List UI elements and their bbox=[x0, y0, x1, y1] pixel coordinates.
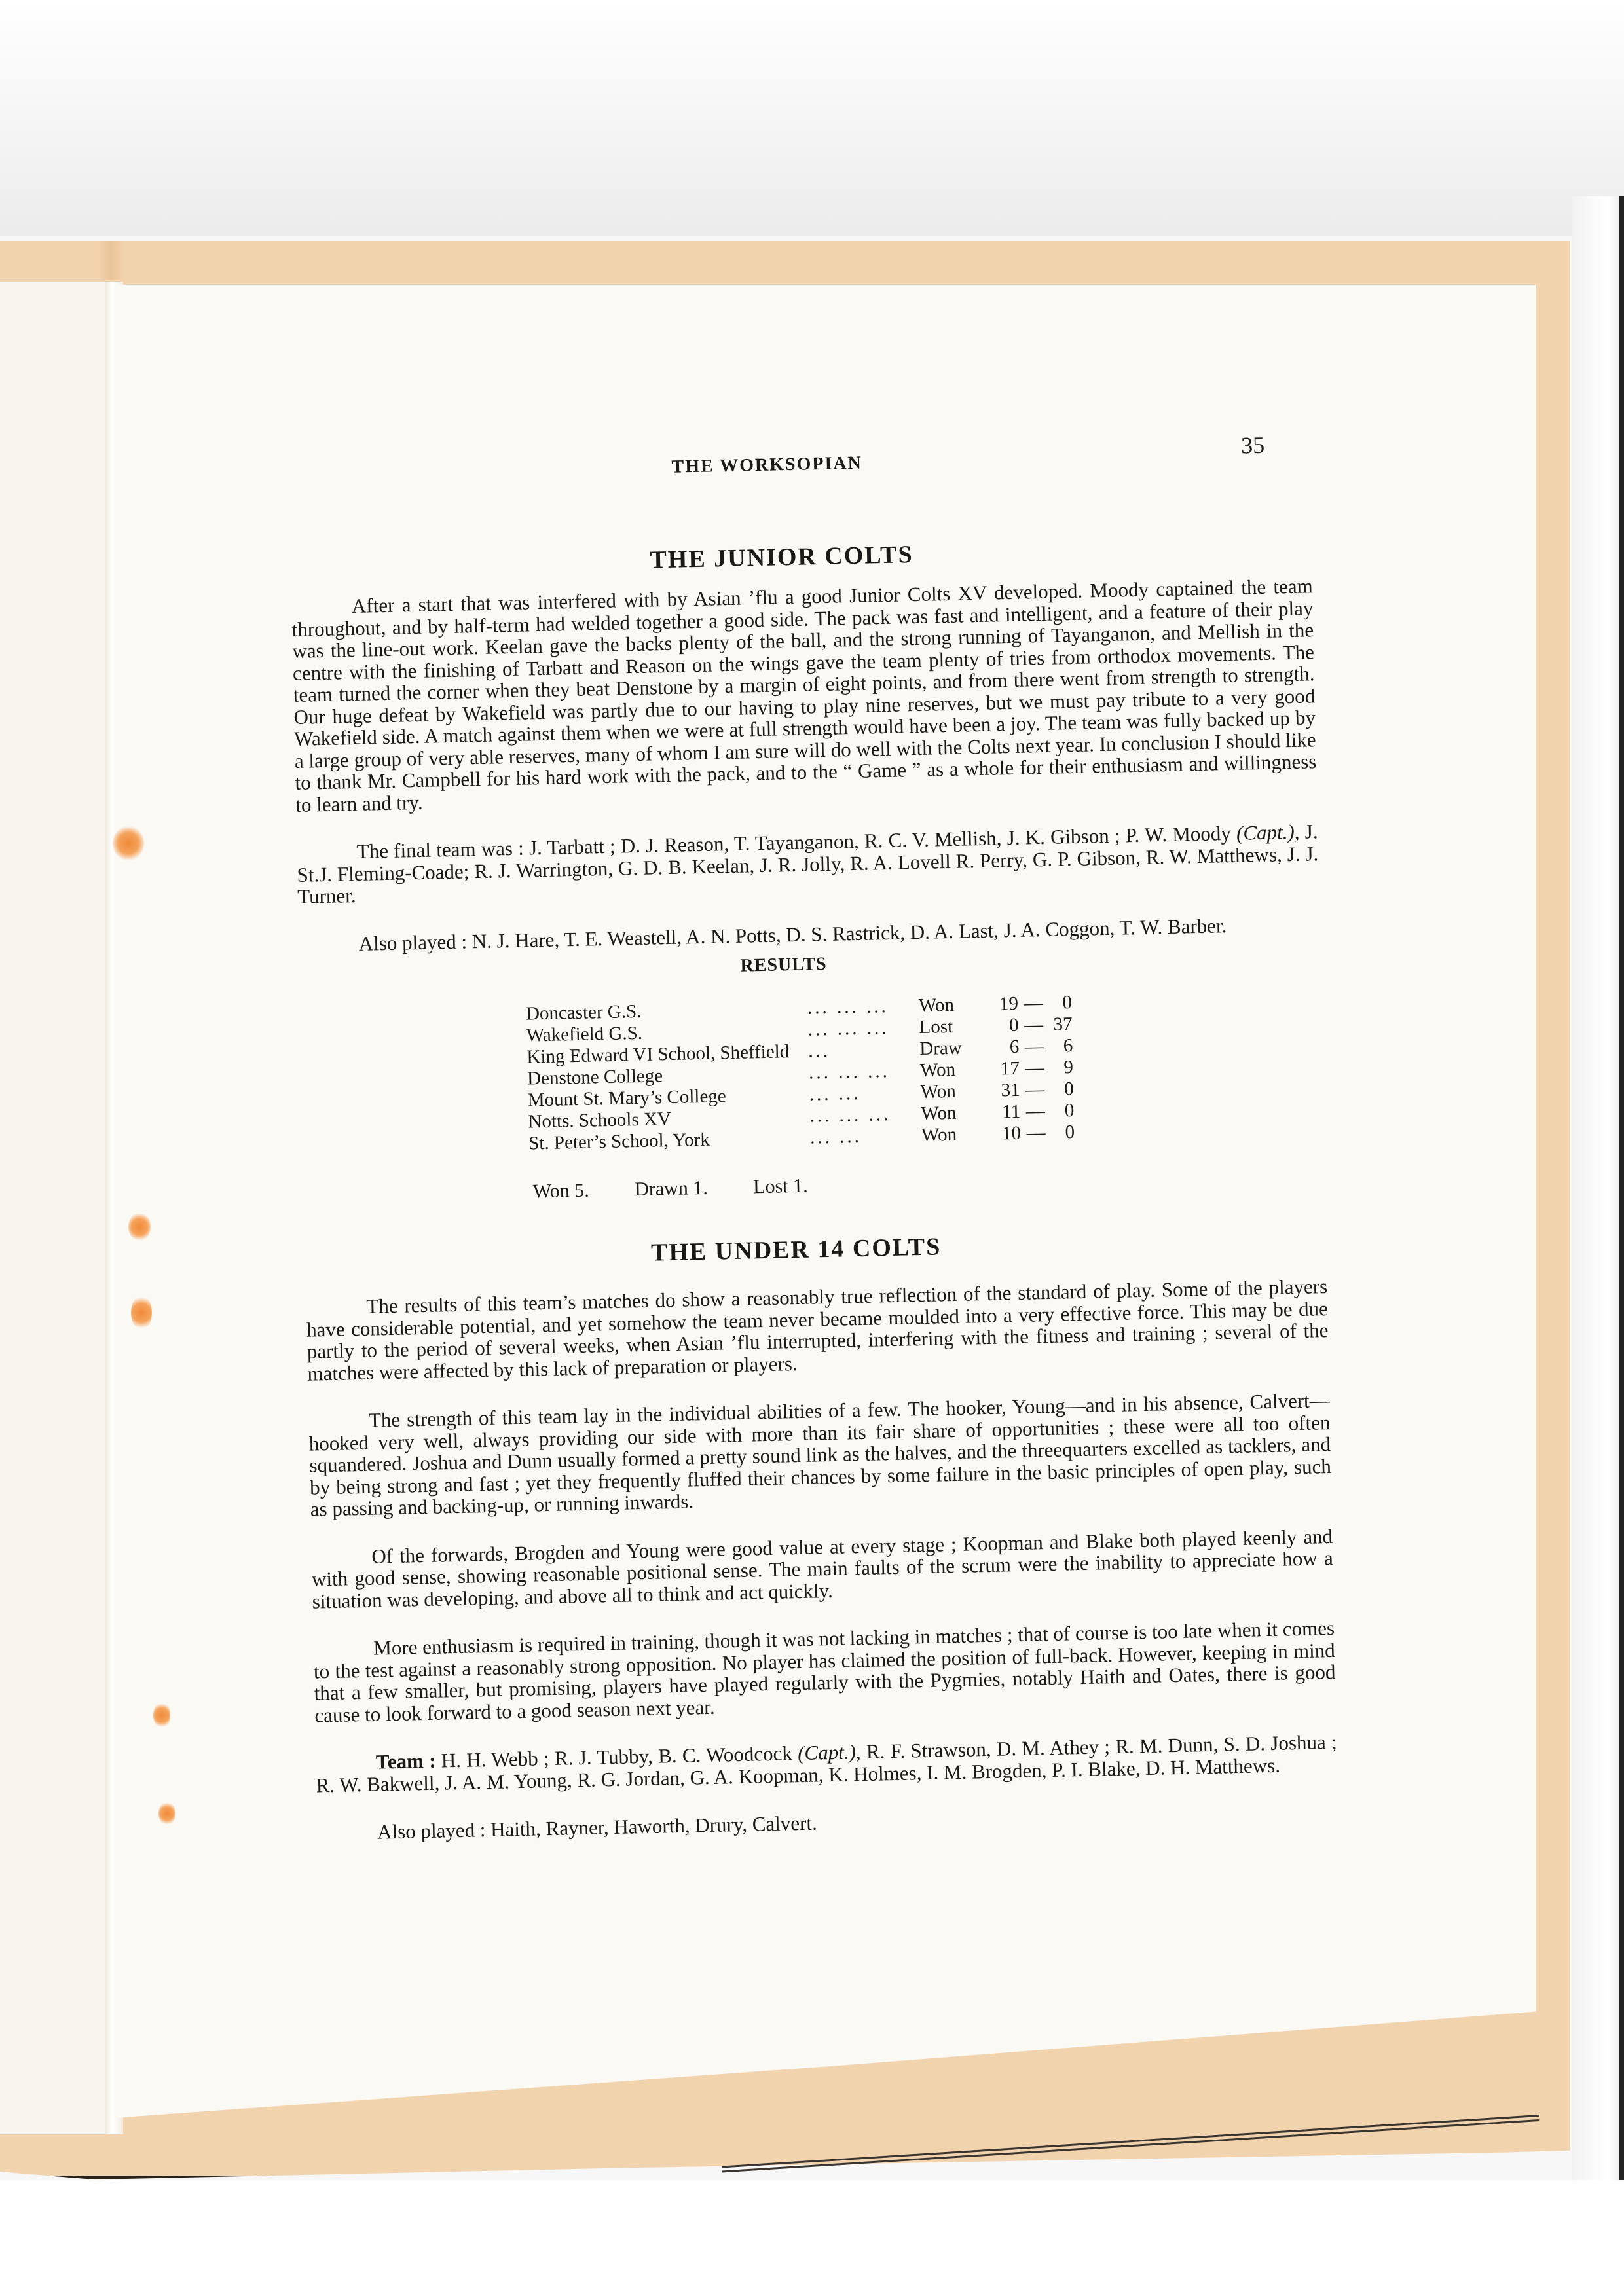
score-dash: — bbox=[1020, 1101, 1051, 1123]
report-paragraph: The strength of this team lay in the ind… bbox=[308, 1389, 1332, 1520]
results-table: Doncaster G.S. ... ... ... Won 19 — 0 Wa… bbox=[526, 992, 1075, 1154]
leader-dots: ... ... ... bbox=[807, 1017, 919, 1041]
score-dash: — bbox=[1020, 1057, 1050, 1080]
result: Won bbox=[920, 1080, 994, 1103]
result: Draw bbox=[919, 1037, 993, 1060]
scanner-background-top bbox=[0, 0, 1624, 236]
leader-dots: ... ... ... bbox=[807, 995, 919, 1019]
binding-stain bbox=[131, 1295, 152, 1330]
report-paragraph: Of the forwards, Brogden and Young were … bbox=[311, 1525, 1334, 1612]
summary-drawn: Drawn 1. bbox=[635, 1177, 708, 1201]
binding-stain bbox=[113, 826, 144, 860]
running-title: THE WORKSOPIAN bbox=[671, 453, 862, 478]
scanner-background-right bbox=[1572, 196, 1624, 2193]
report-paragraph: The results of this team’s matches do sh… bbox=[306, 1275, 1329, 1385]
score-dash: — bbox=[1018, 1014, 1049, 1036]
binding-stain bbox=[158, 1802, 175, 1825]
result: Lost bbox=[919, 1015, 993, 1038]
leader-dots: ... bbox=[808, 1038, 920, 1063]
summary-lost: Lost 1. bbox=[753, 1175, 808, 1199]
score-dash: — bbox=[1020, 1079, 1050, 1101]
results-summary: Won 5. Drawn 1. Lost 1. bbox=[532, 1164, 1325, 1203]
score-against: 9 bbox=[1050, 1057, 1074, 1079]
score-for: 31 bbox=[993, 1080, 1020, 1102]
score-for: 0 bbox=[992, 1015, 1019, 1037]
score-dash: — bbox=[1018, 993, 1049, 1015]
report-paragraph: After a start that was interfered with b… bbox=[291, 575, 1318, 816]
score-for: 17 bbox=[993, 1058, 1020, 1080]
score-for: 19 bbox=[992, 993, 1019, 1015]
score-against: 0 bbox=[1051, 1121, 1075, 1144]
page-content: THE WORKSOPIAN 35 THE JUNIOR COLTS After… bbox=[288, 430, 1338, 1844]
left-page bbox=[0, 282, 110, 2134]
leader-dots: ... ... ... bbox=[809, 1060, 921, 1084]
result: Won bbox=[921, 1102, 995, 1125]
also-played-label: Also played : bbox=[358, 930, 467, 955]
under-14-colts-section: THE UNDER 14 COLTS The results of this t… bbox=[304, 1224, 1338, 1844]
page-number: 35 bbox=[1241, 431, 1265, 460]
result: Won bbox=[919, 994, 993, 1017]
junior-colts-section: THE JUNIOR COLTS After a start that was … bbox=[290, 532, 1325, 1207]
also-played-names: N. J. Hare, T. E. Weastell, A. N. Potts,… bbox=[471, 914, 1227, 953]
score-against: 0 bbox=[1050, 1100, 1075, 1122]
score-against: 37 bbox=[1048, 1013, 1073, 1036]
leader-dots: ... ... bbox=[809, 1082, 921, 1106]
leader-dots: ... ... bbox=[810, 1125, 922, 1149]
score-for: 6 bbox=[993, 1036, 1020, 1059]
score-dash: — bbox=[1021, 1122, 1052, 1144]
captain-marker: (Capt.) bbox=[1236, 820, 1295, 845]
report-paragraph: More enthusiasm is required in training,… bbox=[313, 1617, 1336, 1726]
score-against: 0 bbox=[1048, 992, 1073, 1014]
binding-stain bbox=[153, 1702, 170, 1728]
scanner-edge-shadow bbox=[1619, 196, 1624, 2296]
section-title: THE UNDER 14 COLTS bbox=[304, 1224, 1327, 1275]
score-for: 10 bbox=[995, 1123, 1022, 1145]
result: Won bbox=[920, 1059, 994, 1082]
team-label: Team : bbox=[376, 1749, 436, 1774]
cover-fold bbox=[98, 241, 124, 280]
team-list: Team : H. H. Webb ; R. J. Tubby, B. C. W… bbox=[316, 1731, 1338, 1796]
final-team-list: The final team was : J. Tarbatt ; D. J. … bbox=[296, 820, 1319, 907]
score-dash: — bbox=[1019, 1036, 1050, 1058]
summary-won: Won 5. bbox=[532, 1180, 589, 1203]
captain-marker: (Capt.) bbox=[798, 1740, 856, 1764]
scanner-background-bottom bbox=[0, 2180, 1624, 2296]
binding-stain bbox=[128, 1212, 151, 1241]
score-against: 6 bbox=[1049, 1035, 1073, 1057]
leader-dots: ... ... ... bbox=[809, 1103, 921, 1127]
result: Won bbox=[921, 1123, 995, 1146]
section-title: THE JUNIOR COLTS bbox=[290, 532, 1312, 582]
also-played-label: Also played : bbox=[377, 1818, 486, 1843]
score-against: 0 bbox=[1050, 1078, 1074, 1101]
score-for: 11 bbox=[994, 1101, 1021, 1123]
